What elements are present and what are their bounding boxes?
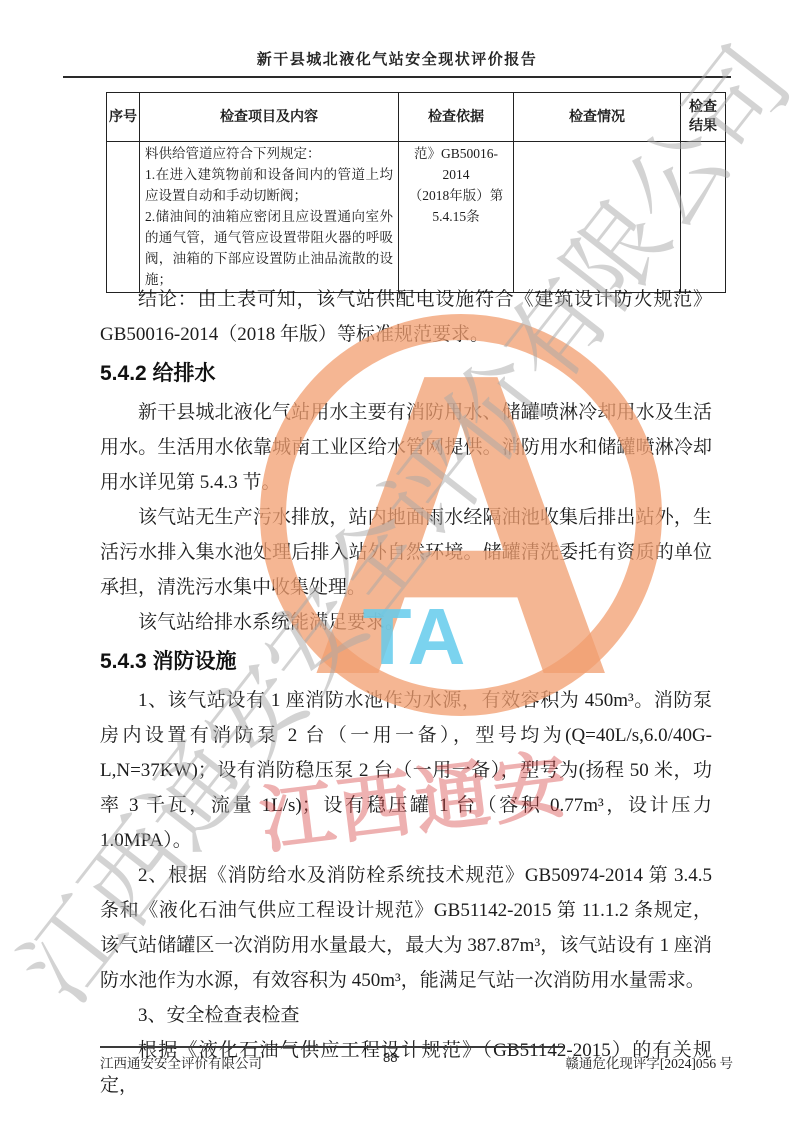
heading-5-4-3: 5.4.3 消防设施 (100, 644, 712, 680)
document-page: A TA 江西通安安全评价有限公司 江西通安 新干县城北液化气站安全现状评价报告… (0, 0, 794, 1123)
footer-doc-number: 赣通危化现评字[2024]056 号 (565, 1052, 733, 1072)
inspection-table: 序号 检查项目及内容 检查依据 检查情况 检查结果 料供给管道应符合下列规定： … (106, 92, 726, 293)
table-header-row: 序号 检查项目及内容 检查依据 检查情况 检查结果 (107, 93, 726, 142)
footer-company: 江西通安安全评价有限公司 (100, 1052, 262, 1072)
paragraph-waste-water: 该气站无生产污水排放，站内地面雨水经隔油池收集后排出站外，生活污水排入集水池处理… (100, 500, 712, 605)
col-header-seq: 序号 (107, 93, 140, 142)
cell-basis: 范》GB50016-2014 （2018年版）第 5.4.15条 (399, 142, 514, 293)
table-row: 料供给管道应符合下列规定： 1.在进入建筑物前和设备间内的管道上均应设置自动和手… (107, 142, 726, 293)
footer-page-number: 88 (383, 1050, 397, 1065)
paragraph-water-system-ok: 该气站给排水系统能满足要求。 (100, 605, 712, 640)
paragraph-fire-water-demand: 2、根据《消防给水及消防栓系统技术规范》GB50974-2014 第 3.4.5… (100, 858, 712, 998)
page-header: 新干县城北液化气站安全现状评价报告 (63, 48, 731, 78)
col-header-basis: 检查依据 (399, 93, 514, 142)
col-header-item: 检查项目及内容 (140, 93, 399, 142)
cell-result (681, 142, 726, 293)
cell-item-content: 料供给管道应符合下列规定： 1.在进入建筑物前和设备间内的管道上均应设置自动和手… (140, 142, 399, 293)
footer-divider (100, 1046, 563, 1048)
page-title: 新干县城北液化气站安全现状评价报告 (63, 48, 731, 69)
col-header-situation: 检查情况 (514, 93, 681, 142)
paragraph-safety-checklist: 3、安全检查表检查 (100, 998, 712, 1033)
col-header-result: 检查结果 (681, 93, 726, 142)
cell-seq (107, 142, 140, 293)
paragraph-conclusion: 结论：由上表可知，该气站供配电设施符合《建筑设计防火规范》GB50016-201… (100, 282, 712, 352)
paragraph-water-supply: 新干县城北液化气站用水主要有消防用水、储罐喷淋冷却用水及生活用水。生活用水依靠城… (100, 395, 712, 500)
heading-5-4-2: 5.4.2 给排水 (100, 356, 712, 392)
document-body: 结论：由上表可知，该气站供配电设施符合《建筑设计防火规范》GB50016-201… (100, 282, 712, 1103)
cell-situation (514, 142, 681, 293)
paragraph-fire-pool: 1、该气站设有 1 座消防水池作为水源，有效容积为 450m³。消防泵房内设置有… (100, 683, 712, 858)
